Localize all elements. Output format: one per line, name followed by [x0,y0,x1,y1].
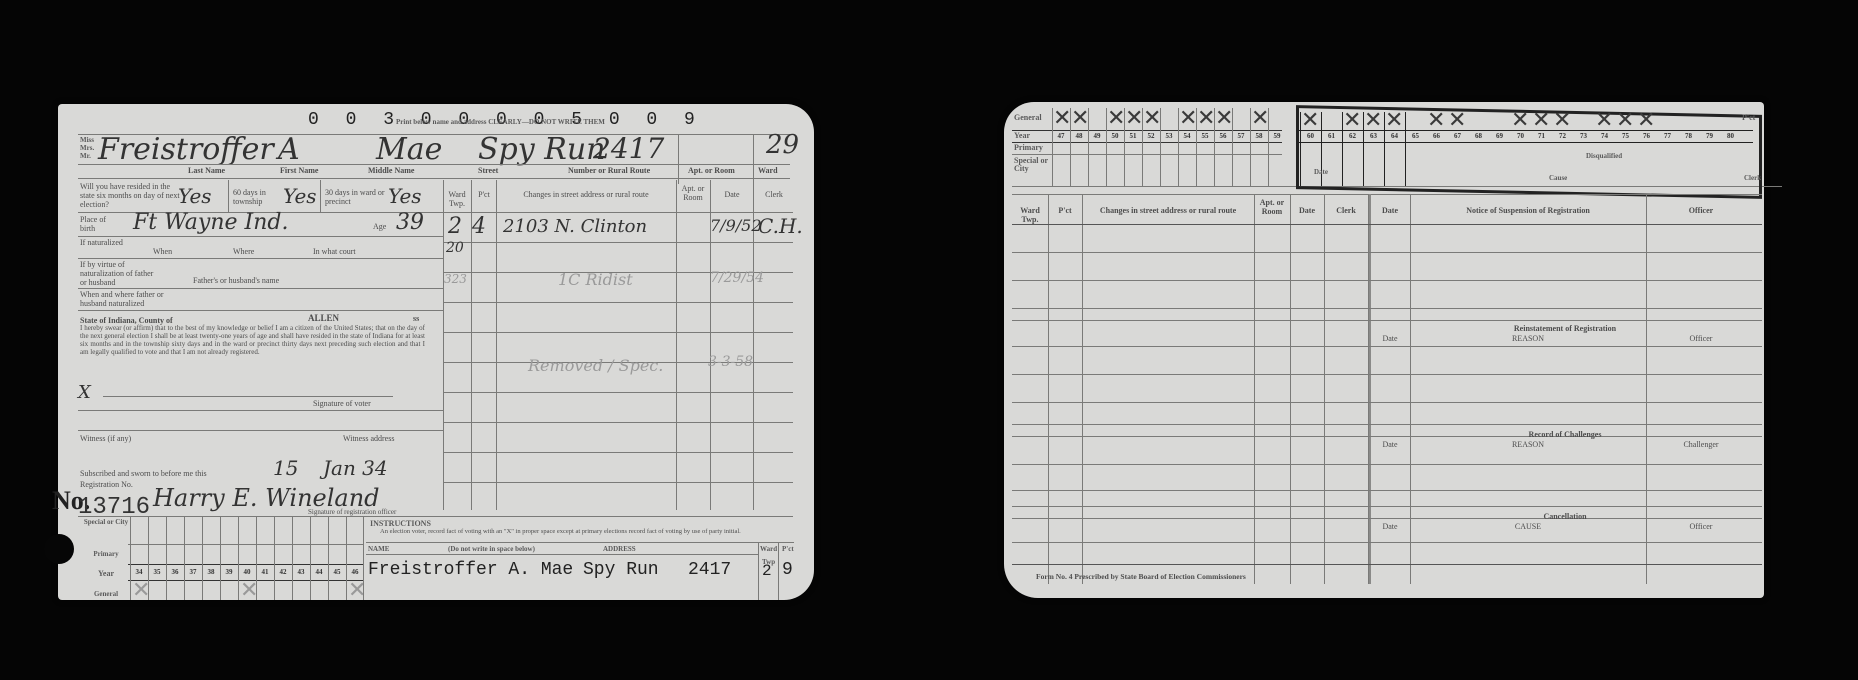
vote-x-mark-icon: ✕ [1251,108,1269,130]
back-changes-header-pct: P'ct [1048,206,1082,215]
front-changes-header-pct: P'ct [472,190,496,199]
year-cell: 40 [238,568,256,576]
year-cell: 36 [166,568,184,576]
age-value: 39 [396,210,424,235]
back-changes-header-date: Date [1290,206,1324,215]
front-changes-header-clerk: Clerk [754,190,794,199]
year-cell: 68 [1468,132,1489,140]
year-cell: 65 [1405,132,1426,140]
middle-name-label: Middle Name [368,166,414,175]
year-cell: 52 [1142,132,1160,140]
instructions-text: An election voter, record fact of voting… [380,528,790,535]
challenges-header-reason: REASON [1410,440,1646,449]
vote-x-mark-icon: ✕ [1532,110,1550,132]
year-cell: 72 [1552,132,1573,140]
year-cell: 56 [1214,132,1232,140]
header-instructions: Print below name and address CLEARLY—DO … [396,118,605,126]
year-cell: 66 [1426,132,1447,140]
back-changes-header-address: Changes in street address or rural route [1082,206,1254,215]
first-name-value: A [278,132,300,167]
grid-label-special: Special or City [76,518,136,526]
vote-x-mark-icon: ✕ [1215,108,1233,130]
instructions-ward-label: Ward [760,545,777,553]
oath-text: I hereby swear (or affirm) that to the b… [80,324,425,356]
instructions-address-label: ADDRESS [603,545,636,553]
year-cell: 34 [130,568,148,576]
year-cell: 76 [1636,132,1657,140]
form-footer: Form No. 4 Prescribed by State Board of … [1036,572,1246,581]
registration-card-back: General Year Primary Special or City 47✕… [1004,102,1764,598]
vote-x-mark-icon: ✕ [1107,108,1125,130]
year-cell: 74 [1594,132,1615,140]
cause-label: Cause [1549,174,1567,182]
suspension-header-notice: Notice of Suspension of Registration [1410,206,1646,215]
year-cell: 69 [1489,132,1510,140]
back-grid-label-primary: Primary [1014,144,1052,152]
typed-number: 2417 [688,560,731,580]
ward-pct-value: 29 [766,130,799,160]
naturalized-label: If naturalized [80,238,130,247]
grid-label-year: Year [76,570,136,578]
typed-street: Spy Run [583,560,659,580]
year-cell: 59 [1268,132,1286,140]
vote-x-mark-icon: ✕ [1053,108,1071,130]
vote-x-mark-icon: ✕ [1071,108,1089,130]
age-label: Age [373,222,386,231]
year-cell: 42 [274,568,292,576]
year-cell: 54 [1178,132,1196,140]
vote-x-mark-icon: ✕ [1553,110,1571,132]
year-cell: 39 [220,568,238,576]
street-label: Street [478,166,498,175]
vote-x-mark-icon: ✕ [1143,108,1161,130]
vote-x-mark-icon: ✕ [1616,110,1634,132]
in-what-court-label: In what court [313,247,356,256]
year-cell: 78 [1678,132,1699,140]
reinstatement-header-reason: REASON [1410,334,1646,343]
fathers-name-label: Father's or husband's name [193,276,279,285]
back-grid-label-special: Special or City [1014,157,1052,173]
front-changes-header-date: Date [711,190,753,199]
middle-name-value: Mae [376,132,442,167]
cancellation-header-cause: CAUSE [1410,522,1646,531]
challenges-header-challenger: Challenger [1646,440,1756,449]
grid-label-general: General [76,590,136,598]
residence-answer: Yes [178,184,212,208]
cancellation-title: Cancellation [1370,512,1760,521]
cancellation-header-officer: Officer [1646,522,1756,531]
vote-x-mark-icon: ✕ [1595,110,1613,132]
number-label: Number or Rural Route [568,166,650,175]
ss-label: ss [413,314,419,323]
birthplace-value: Ft Wayne Ind. [133,210,288,235]
witness-address-label: Witness address [343,434,394,443]
street-value: Spy Run [478,132,605,167]
instructions-pct-label: P'ct [782,545,794,553]
title-options: MissMrs.Mr. [80,136,94,160]
county-value: ALLEN [308,314,339,323]
birthplace-label: Place of birth [80,215,110,233]
front-changes-header-apt: Apt. or Room [677,184,709,202]
vote-x-mark-icon: ✕ [1448,110,1466,132]
year-cell: 63 [1363,132,1384,140]
ward-label: Ward [758,166,778,175]
vote-x-mark-icon: ✕ [1125,108,1143,130]
pct-label: P'ct [1742,114,1755,122]
typed-name: Freistroffer A. Mae [368,560,573,580]
year-cell: 70 [1510,132,1531,140]
grid-label-primary: Primary [76,550,136,558]
year-cell: 61 [1321,132,1342,140]
typed-twp: Twp [762,558,775,566]
when-where-father-label: When and where father or husband natural… [80,290,175,308]
suspension-header-date: Date [1370,206,1410,215]
year-cell: 35 [148,568,166,576]
year-cell: 45 [328,568,346,576]
when-label: When [153,247,172,256]
year-cell: 64 [1384,132,1405,140]
where-label: Where [233,247,254,256]
clerk-label: Clerk [1744,174,1761,182]
township-answer: Yes [283,184,317,208]
vote-x-mark-icon: ✕ [1343,110,1361,132]
witness-label: Witness (if any) [80,434,131,443]
sworn-month-year: Jan 34 [323,456,388,480]
disqualified-label: Disqualified [1586,152,1622,160]
back-changes-header-apt: Apt. or Room [1254,198,1290,216]
year-cell: 80 [1720,132,1741,140]
instructions-no-write: (Do not write in space below) [448,545,535,553]
first-name-label: First Name [280,166,318,175]
instructions-name-label: NAME [368,545,389,553]
residence-question: Will you have resided in the state six m… [80,182,180,209]
year-cell: 73 [1573,132,1594,140]
vote-x-mark-icon: ✕ [1301,110,1319,132]
vote-x-mark-icon: ✕ [1637,110,1655,132]
year-cell: 50 [1106,132,1124,140]
vote-x-mark-icon: ✕ [1179,108,1197,130]
front-changes-header-ward: Ward Twp. [444,190,470,208]
challenges-header-date: Date [1370,440,1410,449]
vote-x-mark-icon: ✕ [1427,110,1445,132]
challenges-title: Record of Challenges [1370,430,1760,439]
cancellation-header-date: Date [1370,522,1410,531]
last-name-value: Freistroffer [98,132,274,167]
year-cell: 38 [202,568,220,576]
subscribed-label: Subscribed and sworn to before me this [80,469,207,478]
back-grid-label-year: Year [1014,132,1052,140]
registration-card-front: 0 0 3 0 0 0 0 5 0 0 9 Print below name a… [58,104,814,600]
date-label: Date [1314,168,1328,176]
year-cell: 48 [1070,132,1088,140]
year-cell: 44 [310,568,328,576]
year-cell: 57 [1232,132,1250,140]
year-cell: 46 [346,568,364,576]
year-cell: 58 [1250,132,1268,140]
apt-label: Apt. or Room [688,166,735,175]
year-cell: 51 [1124,132,1142,140]
township-question: 60 days in township [233,188,283,206]
year-cell: 77 [1657,132,1678,140]
number-value: 2417 [593,132,664,165]
vote-x-mark-icon: ✕ [1385,110,1403,132]
vote-x-mark-icon: ✕ [1197,108,1215,130]
year-cell: 62 [1342,132,1363,140]
year-cell: 37 [184,568,202,576]
punch-hole-icon [44,534,74,564]
year-cell: 43 [292,568,310,576]
year-cell: 71 [1531,132,1552,140]
vote-x-mark-icon: ✕ [1364,110,1382,132]
voter-signature-mark: X [78,382,91,403]
year-cell: 79 [1699,132,1720,140]
year-cell: 53 [1160,132,1178,140]
front-changes-header-address: Changes in street address or rural route [498,190,674,199]
year-cell: 75 [1615,132,1636,140]
year-cell: 55 [1196,132,1214,140]
ward-question: 30 days in ward or precinct [325,188,385,206]
year-cell: 47 [1052,132,1070,140]
signature-of-voter-label: Signature of voter [313,399,371,408]
back-changes-header-clerk: Clerk [1324,206,1368,215]
back-changes-header-ward: Ward Twp. [1012,206,1048,224]
year-cell: 60 [1300,132,1321,140]
instructions-title: INSTRUCTIONS [370,520,431,528]
year-cell: 49 [1088,132,1106,140]
reinstatement-header-date: Date [1370,334,1410,343]
year-cell: 41 [256,568,274,576]
reinstatement-title: Reinstatement of Registration [1370,324,1760,333]
ward-answer: Yes [388,184,422,208]
last-name-label: Last Name [188,166,225,175]
vote-x-mark-icon: ✕ [1511,110,1529,132]
year-cell: 67 [1447,132,1468,140]
by-virtue-label: If by virtue of naturalization of father… [80,260,155,287]
reinstatement-header-officer: Officer [1646,334,1756,343]
back-grid-label-general: General [1014,114,1052,122]
typed-pct: 9 [782,560,793,580]
sworn-day: 15 [273,456,298,480]
suspension-header-officer: Officer [1646,206,1756,215]
